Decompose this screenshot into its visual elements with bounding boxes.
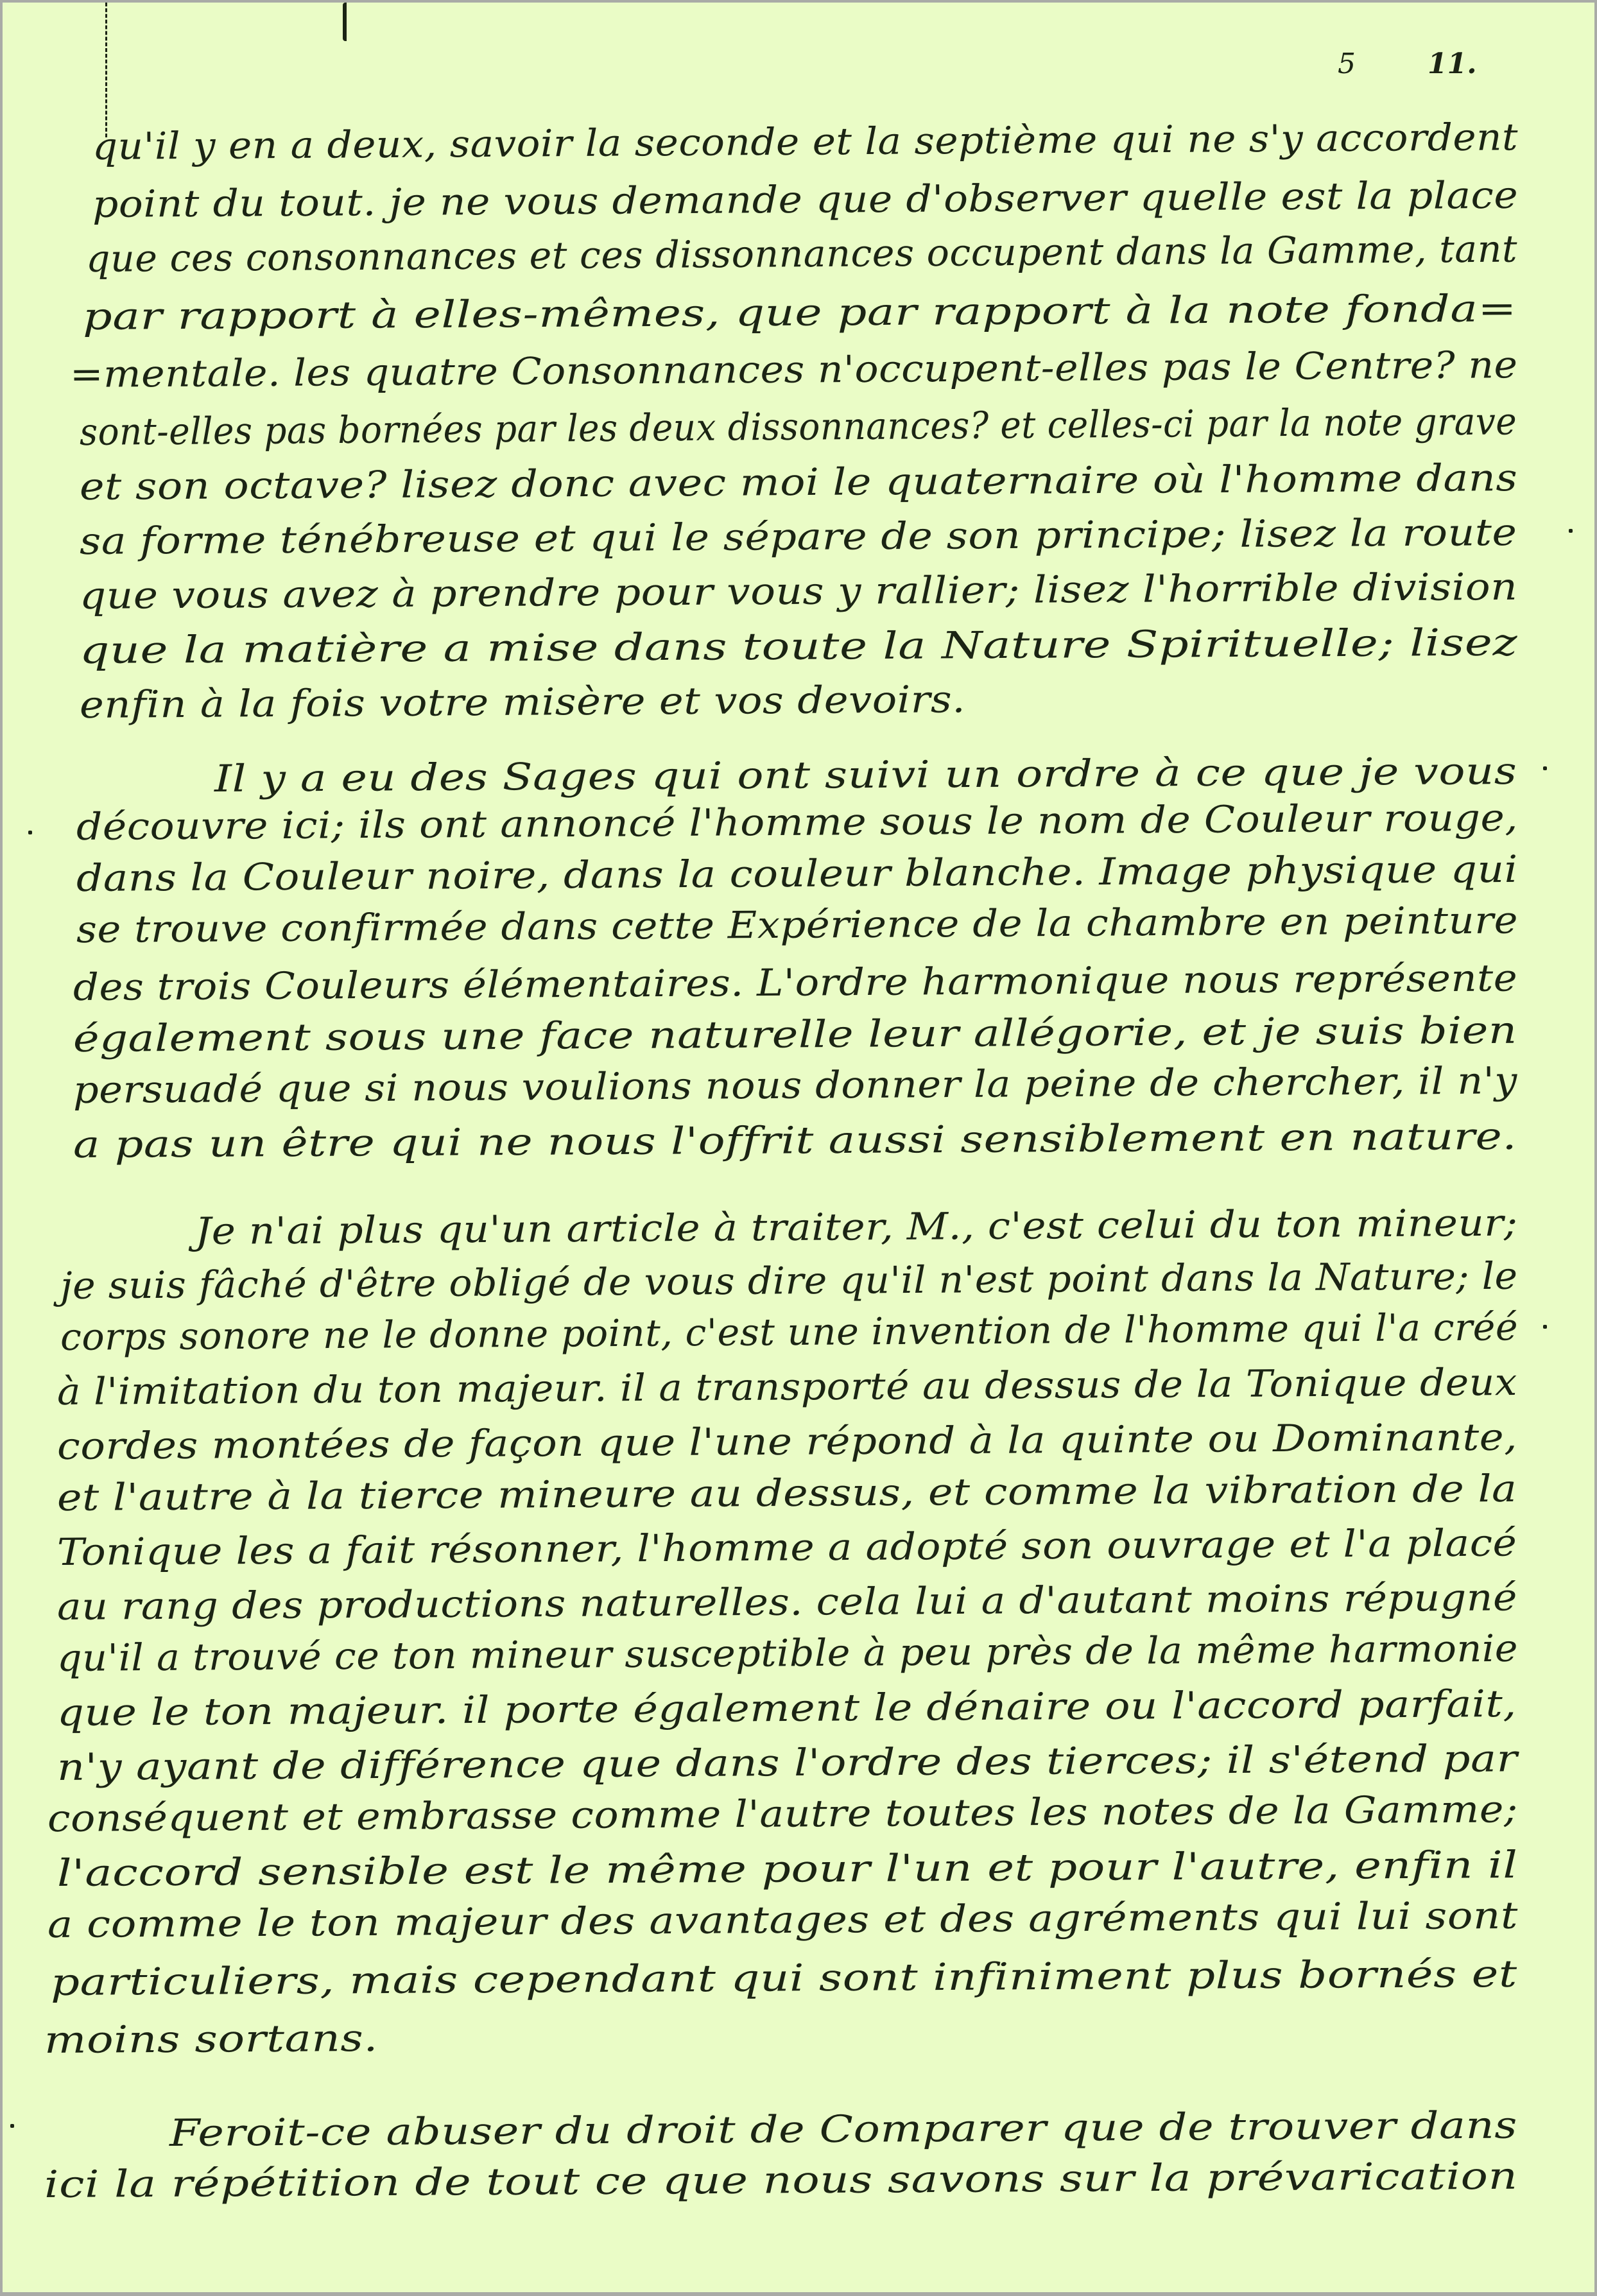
manuscript-line: au rang des productions naturelles. cela… — [57, 1575, 1517, 1628]
manuscript-line: corps sonore ne le donne point, c'est un… — [60, 1305, 1519, 1359]
margin-rule — [105, 3, 107, 137]
manuscript-line: ici la répétition de tout ce que nous sa… — [44, 2154, 1518, 2206]
manuscript-line: =mentale. les quatre Consonnances n'occu… — [70, 343, 1518, 396]
manuscript-line: qu'il a trouvé ce ton mineur susceptible… — [57, 1627, 1518, 1680]
manuscript-line: des trois Couleurs élémentaires. L'ordre… — [73, 956, 1518, 1009]
manuscript-line: je suis fâché d'être obligé de vous dire… — [60, 1254, 1518, 1308]
manuscript-line: se trouve confirmée dans cette Expérienc… — [76, 898, 1518, 951]
manuscript-line: Je n'ai plus qu'un article à traiter, M.… — [195, 1201, 1518, 1253]
manuscript-line: particuliers, mais cependant qui sont in… — [51, 1952, 1517, 2004]
manuscript-line: que ces consonnances et ces dissonnances… — [86, 227, 1517, 281]
manuscript-line: et son octave? lisez donc avec moi le qu… — [80, 456, 1518, 508]
manuscript-line: conséquent et embrasse comme l'autre tou… — [47, 1787, 1518, 1840]
manuscript-line: persuadé que si nous voulions nous donne… — [73, 1058, 1517, 1112]
folio-number-left: 5 — [1338, 47, 1356, 80]
manuscript-page: 5 11. qu'il y en a deux, savoir la secon… — [3, 3, 1594, 2292]
ink-speck — [1543, 766, 1547, 770]
manuscript-line: sont-elles pas bornées par les deux diss… — [80, 399, 1517, 454]
ink-speck — [1543, 1325, 1547, 1329]
manuscript-line: que vous avez à prendre pour vous y rall… — [80, 565, 1518, 617]
manuscript-line: que le ton majeur. il porte également le… — [57, 1682, 1517, 1734]
ink-mark — [343, 3, 353, 41]
manuscript-line: point du tout. je ne vous demande que d'… — [92, 173, 1519, 226]
manuscript-line: qu'il y en a deux, savoir la seconde et … — [92, 115, 1519, 168]
manuscript-line: l'accord sensible est le même pour l'un … — [57, 1843, 1518, 1895]
manuscript-line: Tonique les a fait résonner, l'homme a a… — [57, 1521, 1517, 1574]
folio-number-right: 11. — [1428, 47, 1477, 80]
manuscript-line: et l'autre à la tierce mineure au dessus… — [57, 1467, 1517, 1519]
manuscript-line: également sous une face naturelle leur a… — [73, 1008, 1517, 1060]
manuscript-line: Feroit-ce abuser du droit de Comparer qu… — [169, 2103, 1518, 2155]
manuscript-line: dans la Couleur noire, dans la couleur b… — [76, 847, 1518, 900]
manuscript-line: n'y ayant de différence que dans l'ordre… — [57, 1736, 1518, 1789]
manuscript-line: moins sortans. — [44, 2016, 378, 2062]
ink-speck — [28, 831, 32, 834]
manuscript-line: à l'imitation du ton majeur. il a transp… — [57, 1360, 1517, 1413]
manuscript-line: a pas un être qui ne nous l'offrit aussi… — [73, 1114, 1517, 1166]
manuscript-line: que la matière a mise dans toute la Natu… — [80, 621, 1518, 672]
ink-speck — [1569, 529, 1573, 533]
manuscript-line: découvre ici; ils ont annoncé l'homme so… — [76, 796, 1518, 849]
manuscript-line: a comme le ton majeur des avantages et d… — [47, 1894, 1518, 1946]
manuscript-line: enfin à la fois votre misère et vos devo… — [80, 677, 966, 727]
manuscript-line: par rapport à elles-mêmes, que par rappo… — [83, 286, 1517, 338]
ink-speck — [10, 2124, 14, 2128]
manuscript-line: sa forme ténébreuse et qui le sépare de … — [80, 510, 1517, 563]
manuscript-line: Il y a eu des Sages qui ont suivi un ord… — [214, 749, 1517, 800]
manuscript-line: cordes montées de façon que l'une répond… — [57, 1415, 1518, 1468]
